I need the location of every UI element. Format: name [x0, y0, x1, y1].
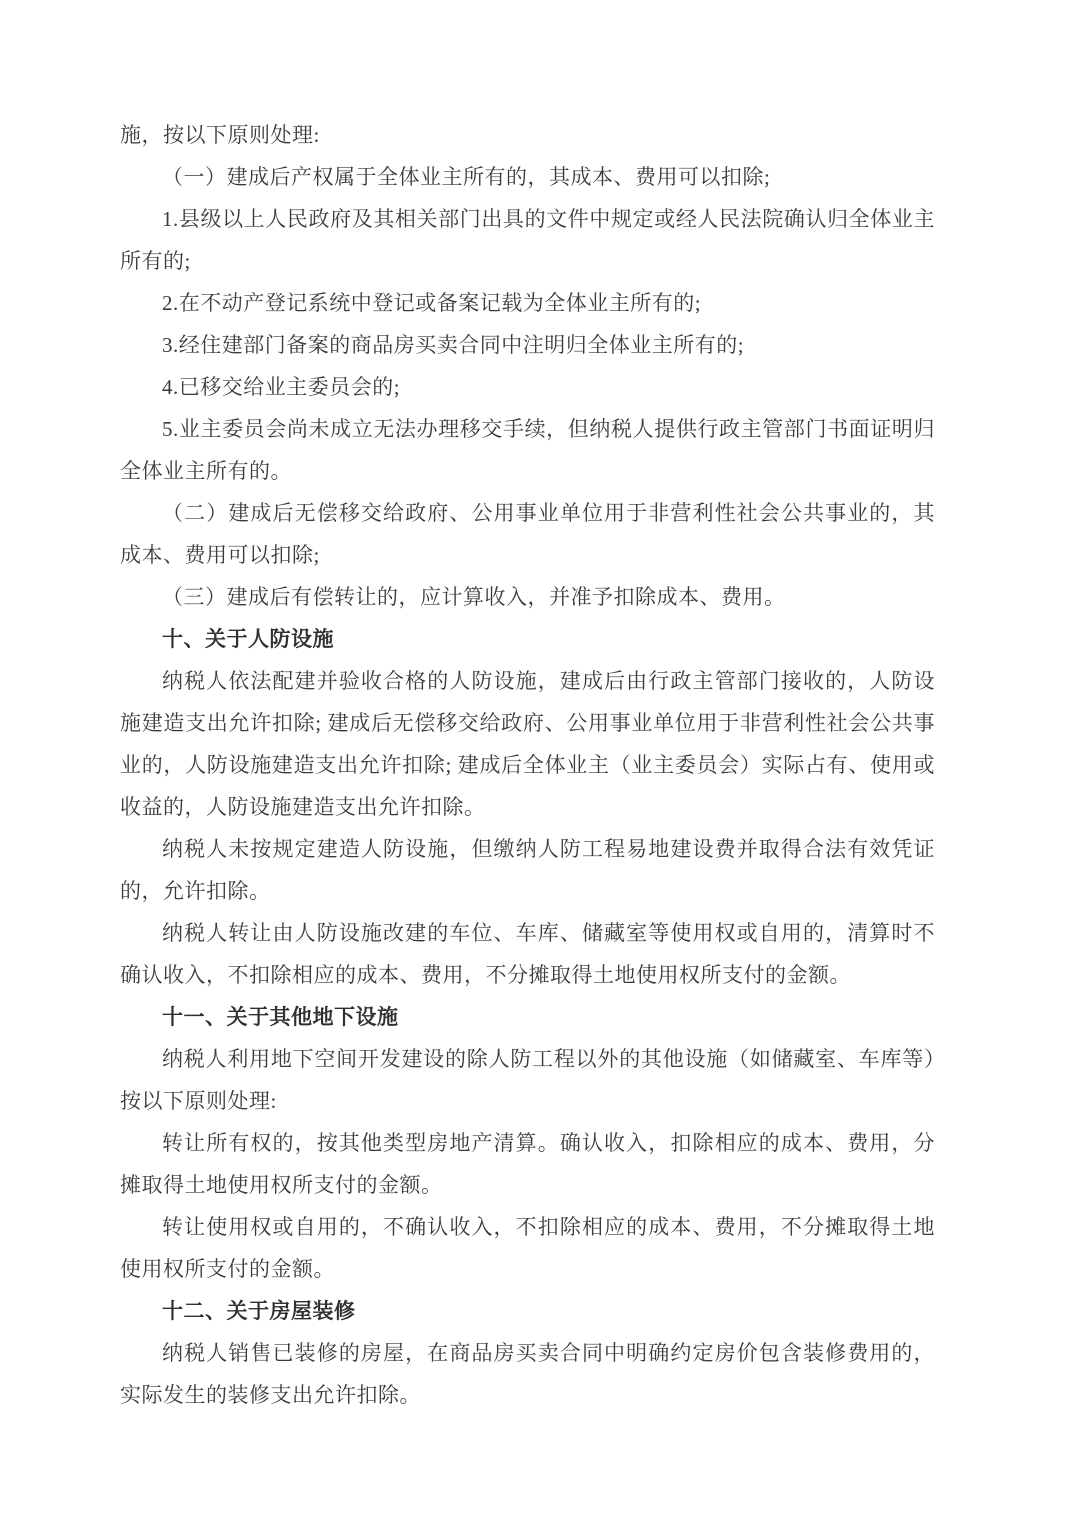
- paragraph-subitem-1: 1.县级以上人民政府及其相关部门出具的文件中规定或经人民法院确认归全体业主所有的…: [120, 198, 935, 282]
- paragraph-underground-2: 转让所有权的，按其他类型房地产清算。确认收入，扣除相应的成本、费用，分摊取得土地…: [120, 1122, 935, 1206]
- document-page: 施，按以下原则处理: （一）建成后产权属于全体业主所有的，其成本、费用可以扣除;…: [0, 0, 1080, 1527]
- document-body: 施，按以下原则处理: （一）建成后产权属于全体业主所有的，其成本、费用可以扣除;…: [120, 114, 935, 1416]
- section-heading-10: 十、关于人防设施: [120, 618, 935, 660]
- paragraph-item-1: （一）建成后产权属于全体业主所有的，其成本、费用可以扣除;: [120, 156, 935, 198]
- paragraph-underground-1: 纳税人利用地下空间开发建设的除人防工程以外的其他设施（如储藏室、车库等）按以下原…: [120, 1038, 935, 1122]
- paragraph-underground-3: 转让使用权或自用的，不确认收入，不扣除相应的成本、费用，不分摊取得土地使用权所支…: [120, 1206, 935, 1290]
- paragraph-subitem-3: 3.经住建部门备案的商品房买卖合同中注明归全体业主所有的;: [120, 324, 935, 366]
- paragraph-civil-defense-1: 纳税人依法配建并验收合格的人防设施，建成后由行政主管部门接收的，人防设施建造支出…: [120, 660, 935, 828]
- section-heading-12: 十二、关于房屋装修: [120, 1290, 935, 1332]
- paragraph-subitem-4: 4.已移交给业主委员会的;: [120, 366, 935, 408]
- paragraph-decoration-1: 纳税人销售已装修的房屋，在商品房买卖合同中明确约定房价包含装修费用的，实际发生的…: [120, 1332, 935, 1416]
- paragraph-civil-defense-2: 纳税人未按规定建造人防设施，但缴纳人防工程易地建设费并取得合法有效凭证的，允许扣…: [120, 828, 935, 912]
- paragraph-subitem-5: 5.业主委员会尚未成立无法办理移交手续，但纳税人提供行政主管部门书面证明归全体业…: [120, 408, 935, 492]
- paragraph-civil-defense-3: 纳税人转让由人防设施改建的车位、车库、储藏室等使用权或自用的，清算时不确认收入，…: [120, 912, 935, 996]
- paragraph-subitem-2: 2.在不动产登记系统中登记或备案记载为全体业主所有的;: [120, 282, 935, 324]
- paragraph-item-3: （三）建成后有偿转让的，应计算收入，并准予扣除成本、费用。: [120, 576, 935, 618]
- paragraph-item-2: （二）建成后无偿移交给政府、公用事业单位用于非营利性社会公共事业的，其成本、费用…: [120, 492, 935, 576]
- paragraph-continuation: 施，按以下原则处理:: [120, 114, 935, 156]
- section-heading-11: 十一、关于其他地下设施: [120, 996, 935, 1038]
